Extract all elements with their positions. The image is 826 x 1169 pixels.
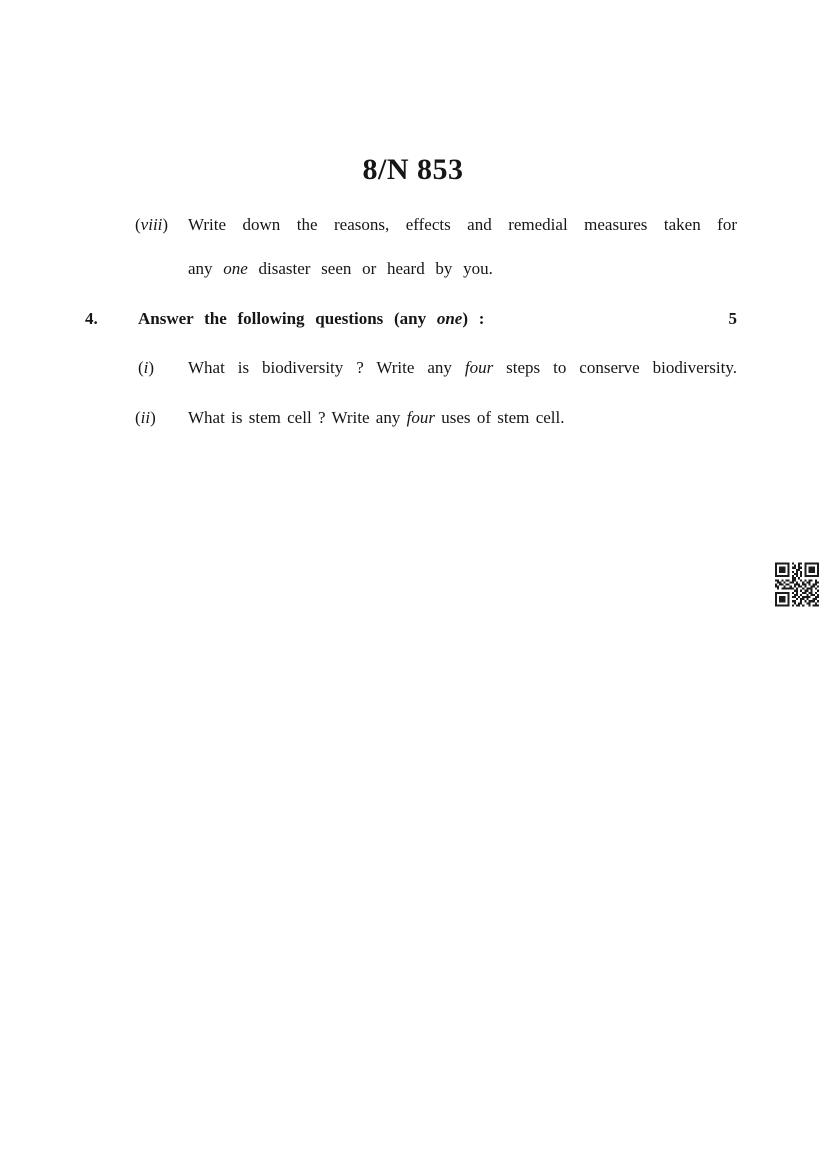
subquestion-i-marker: (i) (138, 357, 154, 379)
subquestion-ii-marker: (ii) (135, 407, 156, 429)
question-4-text: Answer the following questions (any one)… (138, 308, 484, 330)
subquestion-ii-text: What is stem cell ? Write any four uses … (188, 407, 564, 429)
subquestion-viii-marker: (viii) (135, 214, 168, 236)
paper-code-title: 8/N 853 (0, 151, 826, 189)
exam-paper-page: 8/N 853 (viii) Write down the reasons, e… (0, 0, 826, 1169)
question-4-marks: 5 (600, 308, 737, 330)
qr-code-icon (775, 562, 819, 607)
question-4-number: 4. (85, 308, 98, 330)
subquestion-viii-line1: Write down the reasons, effects and reme… (188, 214, 737, 238)
subquestion-viii-line2: any one disaster seen or heard by you. (188, 258, 493, 280)
subquestion-i-text: What is biodiversity ? Write any four st… (188, 357, 737, 381)
